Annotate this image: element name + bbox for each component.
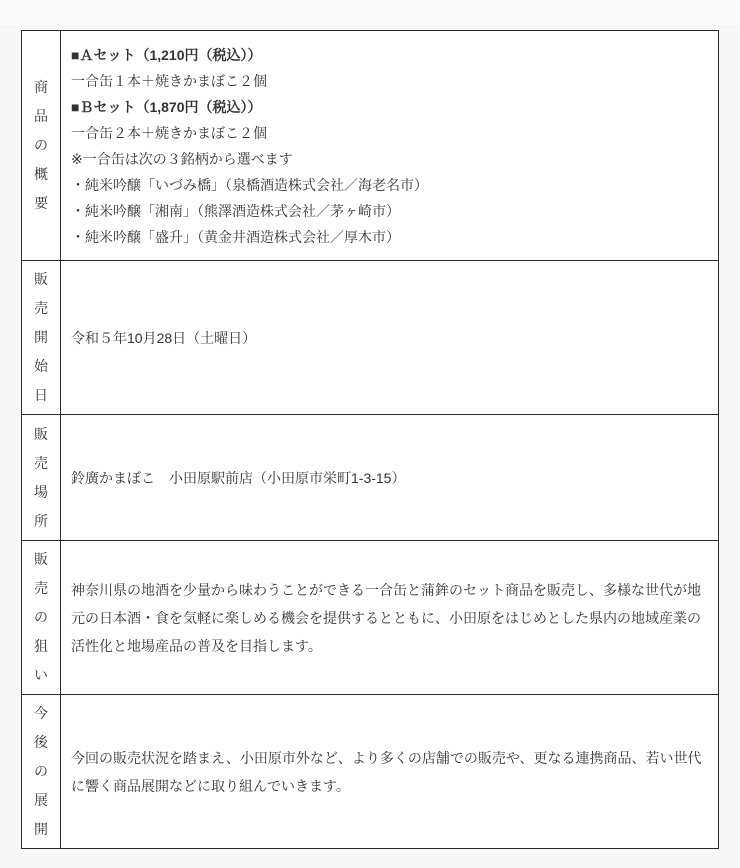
cell-sales-start-date: 令和５年10月28日（土曜日） bbox=[61, 261, 719, 415]
row-header-sales-location: 販 売 場 所 bbox=[22, 415, 61, 541]
table-row-sales-location: 販 売 場 所 鈴廣かまぼこ 小田原駅前店（小田原市栄町1-3-15） bbox=[22, 415, 719, 541]
sake-brand-sakemasu: ・純米吟醸「盛升」（黄金井酒造株式会社／厚木市） bbox=[71, 224, 704, 250]
sake-brand-shonan: ・純米吟醸「湘南」（熊澤酒造株式会社／茅ヶ崎市） bbox=[71, 198, 704, 224]
cell-sales-location: 鈴廣かまぼこ 小田原駅前店（小田原市栄町1-3-15） bbox=[61, 415, 719, 541]
cell-sales-aim: 神奈川県の地酒を少量から味わうことができる一合缶と蒲鉾のセット商品を販売し、多様… bbox=[61, 541, 719, 695]
product-info-table: 商 品 の 概 要 ■Ａセット（1,210円（税込）） 一合缶１本＋焼きかまぼこ… bbox=[21, 30, 719, 849]
table-row-product-overview: 商 品 の 概 要 ■Ａセット（1,210円（税込）） 一合缶１本＋焼きかまぼこ… bbox=[22, 31, 719, 261]
set-a-contents: 一合缶１本＋焼きかまぼこ２個 bbox=[71, 68, 704, 94]
sales-location-value: 鈴廣かまぼこ 小田原駅前店（小田原市栄町1-3-15） bbox=[71, 468, 704, 488]
cell-future-plans: 今回の販売状況を踏まえ、小田原市外など、より多くの店舗での販売や、更なる連携商品… bbox=[61, 695, 719, 849]
set-a-title: ■Ａセット（1,210円（税込）） bbox=[71, 42, 704, 68]
page: 商 品 の 概 要 ■Ａセット（1,210円（税込）） 一合缶１本＋焼きかまぼこ… bbox=[0, 0, 740, 868]
set-b-contents: 一合缶２本＋焼きかまぼこ２個 bbox=[71, 120, 704, 146]
sales-start-date-value: 令和５年10月28日（土曜日） bbox=[71, 328, 704, 348]
table-row-sales-aim: 販 売 の 狙 い 神奈川県の地酒を少量から味わうことができる一合缶と蒲鉾のセッ… bbox=[22, 541, 719, 695]
table-row-sales-start-date: 販 売 開 始 日 令和５年10月28日（土曜日） bbox=[22, 261, 719, 415]
future-plans-text: 今回の販売状況を踏まえ、小田原市外など、より多くの店舗での販売や、更なる連携商品… bbox=[71, 744, 704, 800]
row-header-future-plans: 今 後 の 展 開 bbox=[22, 695, 61, 849]
top-margin-strip bbox=[0, 0, 740, 27]
sake-note: ※一合缶は次の３銘柄から選べます bbox=[71, 146, 704, 172]
set-b-title: ■Ｂセット（1,870円（税込）） bbox=[71, 94, 704, 120]
sake-brand-izumibashi: ・純米吟醸「いづみ橋」（泉橋酒造株式会社／海老名市） bbox=[71, 172, 704, 198]
row-header-product-overview: 商 品 の 概 要 bbox=[22, 31, 61, 261]
sales-aim-text: 神奈川県の地酒を少量から味わうことができる一合缶と蒲鉾のセット商品を販売し、多様… bbox=[71, 576, 704, 660]
row-header-sales-start-date: 販 売 開 始 日 bbox=[22, 261, 61, 415]
row-header-sales-aim: 販 売 の 狙 い bbox=[22, 541, 61, 695]
cell-product-overview: ■Ａセット（1,210円（税込）） 一合缶１本＋焼きかまぼこ２個 ■Ｂセット（1… bbox=[61, 31, 719, 261]
table-row-future-plans: 今 後 の 展 開 今回の販売状況を踏まえ、小田原市外など、より多くの店舗での販… bbox=[22, 695, 719, 849]
